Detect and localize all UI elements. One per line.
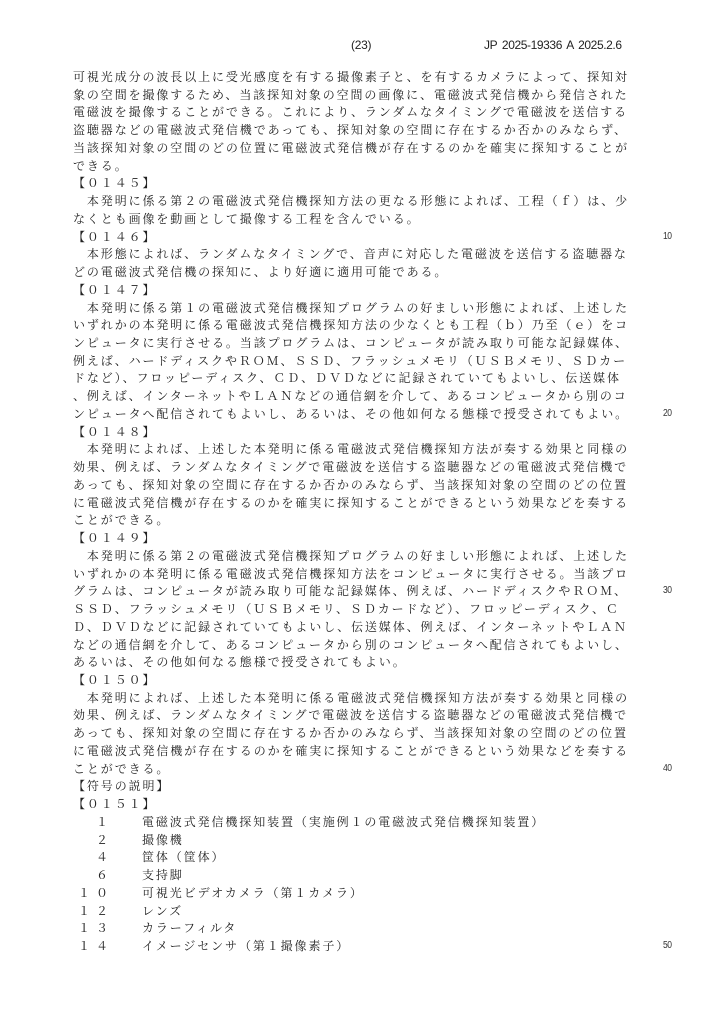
reference-label: 可視光ビデオカメラ（第１カメラ）	[142, 885, 364, 903]
text-line: ドなど）、フロッピーディスク、ＣＤ、ＤＶＤなどに記録されていてもよいし、伝送媒体	[73, 370, 643, 388]
text-line: 本発明に係る第２の電磁波式発信機探知プログラムの好ましい形態によれば、上述した	[73, 548, 643, 566]
page-header: (23) JP 2025-19336 A 2025.2.6	[0, 36, 724, 56]
reference-number: １３	[73, 920, 114, 938]
reference-sign-row: ６ 支持脚	[73, 867, 643, 885]
text-line: 本形態によれば、ランダムなタイミングで、音声に対応した電磁波を送信する盗聴器な	[73, 246, 643, 264]
paragraph-number: 【０１４８】	[73, 424, 643, 442]
text-line: 例えば、ハードディスクやＲＯＭ、ＳＳＤ、フラッシュメモリ（ＵＳＢメモリ、ＳＤカー	[73, 353, 643, 371]
text-line: などの通信網を介して、あるコンピュータから別のコンピュータへ配信されてもよいし、	[73, 637, 643, 655]
text-line: 本発明によれば、上述した本発明に係る電磁波式発信機探知方法が奏する効果と同様の	[73, 441, 643, 459]
text-line: 本発明に係る第２の電磁波式発信機探知方法の更なる形態によれば、工程（ｆ）は、少	[73, 193, 643, 211]
reference-sign-row: １４ イメージセンサ（第１撮像素子）	[73, 938, 643, 956]
page-number: (23)	[351, 38, 371, 52]
paragraph-number: 【０１４６】	[73, 229, 643, 247]
text-line: あっても、探知対象の空間に存在するか否かのみならず、当該探知対象の空間のどの位置	[73, 725, 643, 743]
text-line: 、例えば、インターネットやＬＡＮなどの通信網を介して、あるコンピュータから別のコ	[73, 388, 643, 406]
reference-sign-row: １０ 可視光ビデオカメラ（第１カメラ）	[73, 885, 643, 903]
text-line: 象の空間を撮像するため、当該探知対象の空間の画像に、電磁波式発信機から発信された	[73, 87, 643, 105]
text-line: 本発明に係る第１の電磁波式発信機探知プログラムの好ましい形態によれば、上述した	[73, 300, 643, 318]
reference-label: 支持脚	[142, 867, 184, 885]
reference-number: １４	[73, 938, 114, 956]
text-line: 効果、例えば、ランダムなタイミングで電磁波を送信する盗聴器などの電磁波式発信機で	[73, 459, 643, 477]
text-line: に電磁波式発信機が存在するのかを確実に探知することができるという効果などを奏する	[73, 495, 643, 513]
reference-label: イメージセンサ（第１撮像素子）	[142, 938, 350, 956]
text-line: あっても、探知対象の空間に存在するか否かのみならず、当該探知対象の空間のどの位置	[73, 477, 643, 495]
text-line: ことができる。	[73, 761, 643, 779]
text-line: どの電磁波式発信機の探知に、より好適に適用可能である。	[73, 264, 643, 282]
text-line: いずれかの本発明に係る電磁波式発信機探知方法の少なくとも工程（ｂ）乃至（ｅ）をコ	[73, 317, 643, 335]
paragraph-number: 【０１５１】	[73, 796, 643, 814]
reference-sign-row: ２ 撮像機	[73, 832, 643, 850]
text-line: 効果、例えば、ランダムなタイミングで電磁波を送信する盗聴器などの電磁波式発信機で	[73, 707, 643, 725]
reference-sign-row: １２ レンズ	[73, 903, 643, 921]
reference-label: 筐体（筐体）	[142, 849, 225, 867]
text-line: ＳＳＤ、フラッシュメモリ（ＵＳＢメモリ、ＳＤカードなど）、フロッピーディスク、Ｃ	[73, 601, 643, 619]
margin-line-number: 10	[663, 231, 671, 242]
reference-label: カラーフィルタ	[142, 920, 237, 938]
reference-sign-row: １ 電磁波式発信機探知装置（実施例１の電磁波式発信機探知装置）	[73, 814, 643, 832]
margin-line-number: 30	[663, 585, 671, 596]
reference-number: １２	[73, 903, 114, 921]
paragraph-number: 【０１４９】	[73, 530, 643, 548]
text-line: ことができる。	[73, 512, 643, 530]
reference-sign-row: １３ カラーフィルタ	[73, 920, 643, 938]
text-line: ンピュータへ配信されてもよいし、あるいは、その他如何なる態様で授受されてもよい。	[73, 406, 643, 424]
reference-number: ４	[73, 849, 114, 867]
text-line: なくとも画像を動画として撮像する工程を含んでいる。	[73, 211, 643, 229]
reference-number: ２	[73, 832, 114, 850]
text-line: 当該探知対象の空間のどの位置に電磁波式発信機が存在するのかを確実に探知することが	[73, 140, 643, 158]
text-line: 電磁波を撮像することができる。これにより、ランダムなタイミングで電磁波を送信する	[73, 104, 643, 122]
text-line: できる。	[73, 158, 643, 176]
reference-number: ６	[73, 867, 114, 885]
reference-label: 電磁波式発信機探知装置（実施例１の電磁波式発信機探知装置）	[142, 814, 545, 832]
paragraph-number: 【０１５０】	[73, 672, 643, 690]
document-body: 可視光成分の波長以上に受光感度を有する撮像素子と、を有するカメラによって、探知対…	[73, 69, 643, 956]
text-line: あるいは、その他如何なる態様で授受されてもよい。	[73, 654, 643, 672]
text-line: に電磁波式発信機が存在するのかを確実に探知することができるという効果などを奏する	[73, 743, 643, 761]
reference-number: １	[73, 814, 114, 832]
margin-line-number: 40	[663, 763, 671, 774]
reference-label: レンズ	[142, 903, 183, 921]
text-line: 可視光成分の波長以上に受光感度を有する撮像素子と、を有するカメラによって、探知対	[73, 69, 643, 87]
text-line: ンピュータに実行させる。当該プログラムは、コンピュータが読み取り可能な記録媒体、	[73, 335, 643, 353]
text-line: グラムは、コンピュータが読み取り可能な記録媒体、例えば、ハードディスクやＲＯＭ、	[73, 583, 643, 601]
section-heading: 【符号の説明】	[73, 778, 643, 796]
document-id: JP 2025-19336 A 2025.2.6	[484, 38, 622, 52]
reference-number: １０	[73, 885, 114, 903]
reference-label: 撮像機	[142, 832, 184, 850]
reference-sign-row: ４ 筐体（筐体）	[73, 849, 643, 867]
text-line: 盗聴器などの電磁波式発信機であっても、探知対象の空間に存在するか否かのみならず、	[73, 122, 643, 140]
paragraph-number: 【０１４７】	[73, 282, 643, 300]
text-line: いずれかの本発明に係る電磁波式発信機探知方法をコンピュータに実行させる。当該プロ	[73, 566, 643, 584]
text-line: 本発明によれば、上述した本発明に係る電磁波式発信機探知方法が奏する効果と同様の	[73, 690, 643, 708]
margin-line-number: 20	[663, 408, 671, 419]
margin-line-number: 50	[663, 940, 671, 951]
text-line: Ｄ、ＤＶＤなどに記録されていてもよいし、伝送媒体、例えば、インターネットやＬＡＮ	[73, 619, 643, 637]
paragraph-number: 【０１４５】	[73, 175, 643, 193]
